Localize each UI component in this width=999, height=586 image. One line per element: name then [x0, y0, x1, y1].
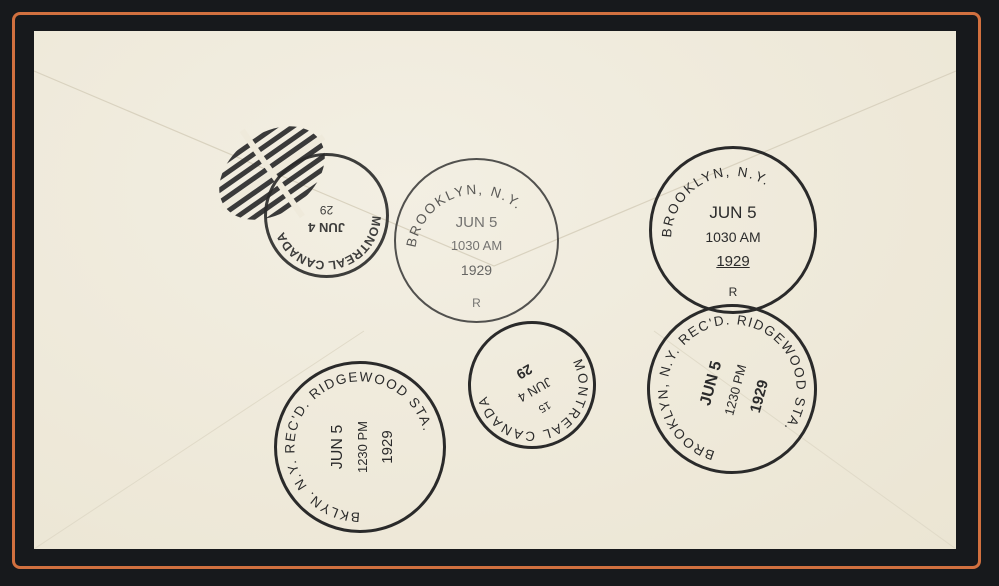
postmark-ridgewood-1: BKLYN. N.Y. REC'D. RIDGEWOOD STA. JUN 5 …: [274, 361, 446, 533]
postmark-brooklyn-1: BROOKLYN, N.Y. JUN 5 1030 AM 1929 R: [394, 158, 559, 323]
envelope-back: MONTREAL CANADA JUN 4 29 BROOKLYN, N.Y. …: [34, 31, 956, 549]
postmark-montreal-partial: MONTREAL CANADA JUN 4 29: [264, 153, 389, 278]
svg-text:BROOKLYN, N.Y.: BROOKLYN, N.Y.: [659, 164, 773, 238]
